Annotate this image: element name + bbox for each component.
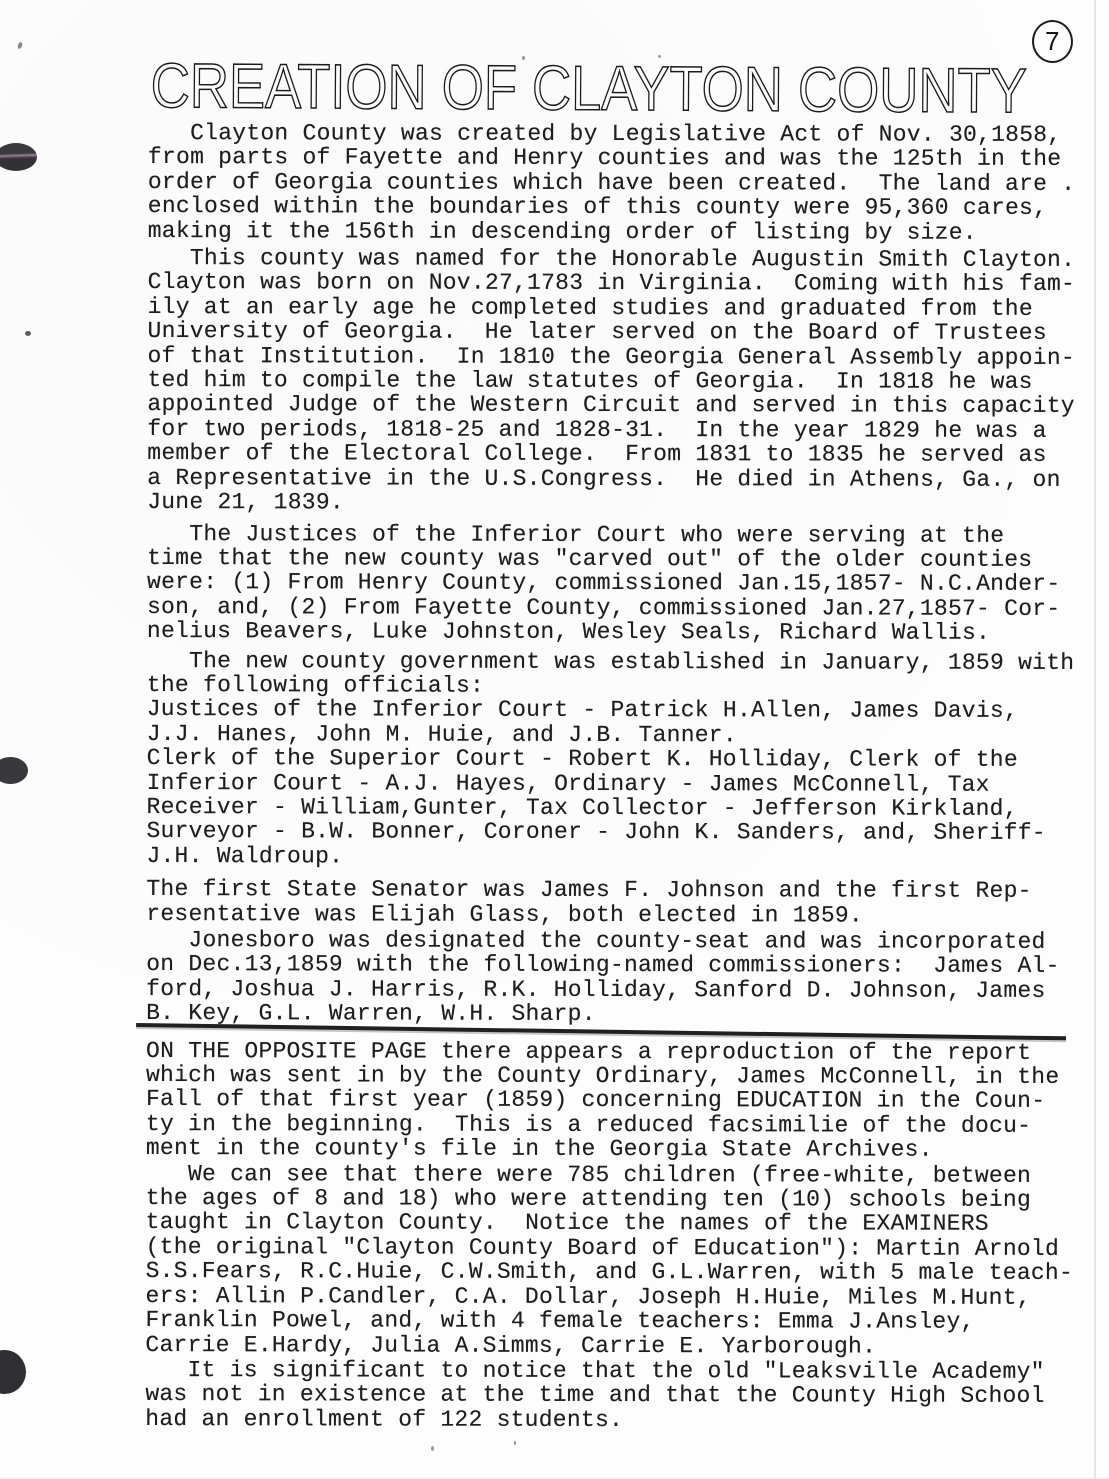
paragraph-leaksville-academy: It is significant to notice that the old…	[145, 1358, 1105, 1433]
paragraph-education-statistics: We can see that there were 785 children …	[145, 1162, 1105, 1359]
scan-speck	[522, 56, 525, 60]
scan-speck	[25, 331, 31, 336]
paragraph-county-officials-list: Justices of the Inferior Court - Patrick…	[146, 697, 1106, 870]
scan-speck	[431, 1446, 434, 1451]
paragraph-county-creation: Clayton County was created by Legislativ…	[148, 121, 1108, 245]
punch-hole-top	[0, 143, 37, 171]
document-body: Clayton County was created by Legislativ…	[145, 121, 1108, 1433]
scanned-document-page: 7 CREATION OF CLAYTON COUNTY Clayton Cou…	[0, 0, 1109, 1479]
scan-speck	[514, 1441, 516, 1445]
paragraph-inferior-court-justices: The Justices of the Inferior Court who w…	[147, 521, 1107, 645]
scan-speck	[658, 55, 661, 58]
paragraph-new-county-government: The new county government was establishe…	[147, 649, 1107, 700]
scan-speck	[17, 42, 23, 50]
paragraph-jonesboro-county-seat: Jonesboro was designated the county-seat…	[146, 928, 1106, 1028]
punch-hole-middle	[0, 757, 28, 784]
document-title-text: CREATION OF CLAYTON COUNTY	[151, 51, 1027, 126]
paragraph-augustin-clayton-bio: This county was named for the Honorable …	[147, 246, 1108, 516]
scan-edge-right	[1094, 0, 1096, 1479]
paragraph-first-legislators: The first State Senator was James F. Joh…	[146, 877, 1106, 928]
paragraph-opposite-page-note: ON THE OPPOSITE PAGE there appears a rep…	[146, 1039, 1106, 1163]
punch-hole-bottom	[0, 1350, 26, 1394]
